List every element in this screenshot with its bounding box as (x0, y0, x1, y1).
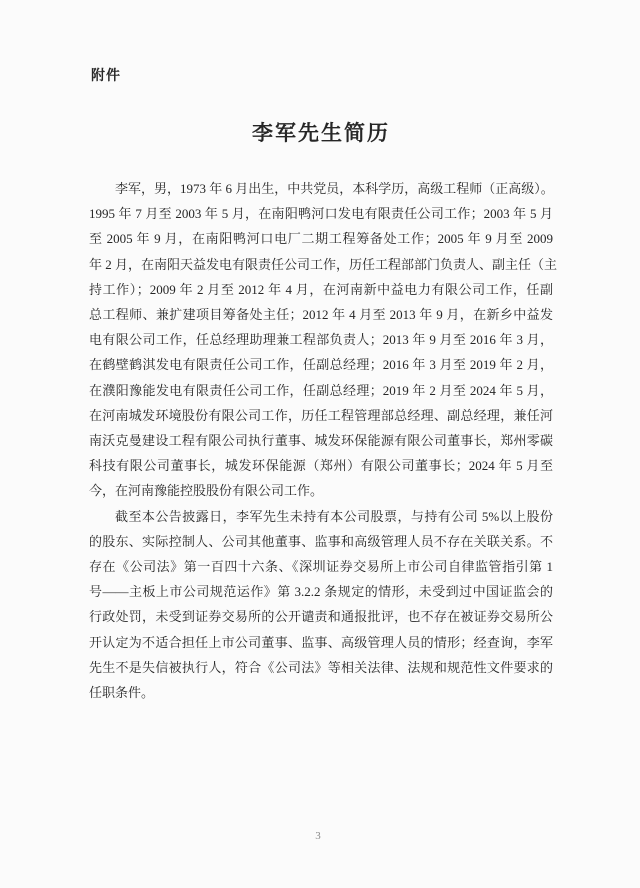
text-line: 开认定为不适合担任上市公司董事、监事、高级管理人员的情形；经查询，李军 (89, 630, 553, 655)
text-line: 李军，男，1973 年 6 月出生，中共党员，本科学历，高级工程师（正高级）。 (89, 176, 553, 201)
text-line: 截至本公告披露日，李军先生未持有本公司股票，与持有公司 5%以上股份 (89, 504, 553, 529)
text-line: 的股东、实际控制人、公司其他董事、监事和高级管理人员不存在关联关系。不 (89, 529, 553, 554)
text-line: 持工作）；2009 年 2 月至 2012 年 4 月，在河南新中益电力有限公司… (89, 277, 553, 302)
text-line: 年 2 月，在南阳天益发电有限责任公司工作，历任工程部部门负责人、副主任（主 (89, 252, 553, 277)
text-line: 科技有限公司董事长，城发环保能源（郑州）有限公司董事长；2024 年 5 月至 (89, 453, 553, 478)
text-line: 1995 年 7 月至 2003 年 5 月，在南阳鸭河口发电有限责任公司工作；… (89, 201, 553, 226)
document-title: 李军先生简历 (89, 117, 553, 147)
page-number: 3 (0, 830, 636, 842)
text-line: 存在《公司法》第一百四十六条、《深圳证券交易所上市公司自律监管指引第 1 (89, 554, 553, 579)
text-line: 至 2005 年 9 月，在南阳鸭河口电厂二期工程筹备处工作；2005 年 9 … (89, 226, 553, 251)
text-line: 在河南城发环境股份有限公司工作，历任工程管理部总经理、副总经理，兼任河 (89, 403, 553, 428)
text-line: 号——主板上市公司规范运作》第 3.2.2 条规定的情形，未受到过中国证监会的 (89, 579, 553, 604)
document-body: 李军，男，1973 年 6 月出生，中共党员，本科学历，高级工程师（正高级）。1… (89, 176, 553, 705)
text-line: 在鹤壁鹤淇发电有限责任公司工作，任副总经理；2016 年 3 月至 2019 年… (89, 352, 553, 377)
text-line: 南沃克曼建设工程有限公司执行董事、城发环保能源有限公司董事长，郑州零碳 (89, 428, 553, 453)
text-line: 总工程师、兼扩建项目筹备处主任；2012 年 4 月至 2013 年 9 月，在… (89, 302, 553, 327)
text-line: 任职条件。 (89, 680, 553, 705)
text-line: 电有限公司工作，任总经理助理兼工程部负责人；2013 年 9 月至 2016 年… (89, 327, 553, 352)
attachment-label: 附件 (91, 65, 121, 85)
document-page: 附件 李军先生简历 李军，男，1973 年 6 月出生，中共党员，本科学历，高级… (0, 0, 640, 888)
text-line: 行政处罚，未受到证券交易所的公开谴责和通报批评，也不存在被证券交易所公 (89, 604, 553, 629)
text-line: 先生不是失信被执行人，符合《公司法》等相关法律、法规和规范性文件要求的 (89, 655, 553, 680)
text-line: 今，在河南豫能控股股份有限公司工作。 (89, 478, 553, 503)
paragraph: 截至本公告披露日，李军先生未持有本公司股票，与持有公司 5%以上股份的股东、实际… (89, 504, 553, 706)
paragraph: 李军，男，1973 年 6 月出生，中共党员，本科学历，高级工程师（正高级）。1… (89, 176, 553, 504)
text-line: 在濮阳豫能发电有限责任公司工作，任副总经理；2019 年 2 月至 2024 年… (89, 378, 553, 403)
